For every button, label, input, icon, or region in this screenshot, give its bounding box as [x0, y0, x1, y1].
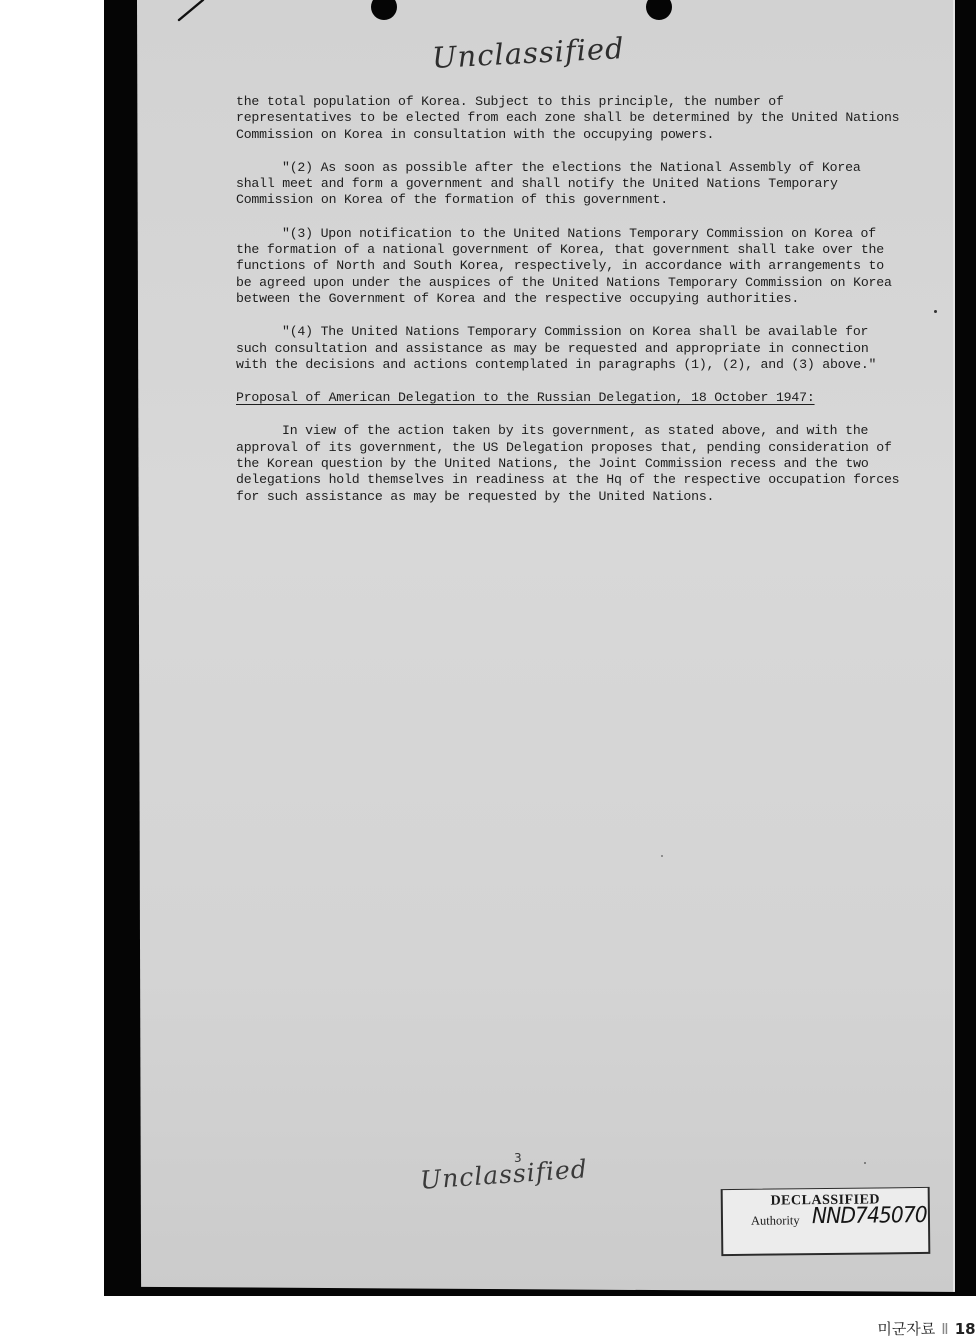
publication-footer: 미군자료Ⅱ189	[877, 1318, 976, 1336]
speck	[934, 310, 937, 313]
section-heading: Proposal of American Delegation to the R…	[236, 390, 906, 406]
paragraph-continuation: the total population of Korea. Subject t…	[236, 94, 906, 143]
check-mark-icon	[175, 0, 215, 24]
footer-series: 미군자료	[877, 1320, 935, 1336]
declassified-stamp: DECLASSIFIED Authority NND745070	[721, 1187, 931, 1256]
footer-page-number: 189	[955, 1320, 976, 1336]
paragraph-item-3: "(3) Upon notification to the United Nat…	[236, 226, 906, 307]
proposal-paragraph: In view of the action taken by its gover…	[236, 423, 906, 504]
speck	[864, 1162, 866, 1164]
stamp-authority-number: NND745070	[812, 1203, 927, 1229]
stamp-authority-label: Authority	[751, 1213, 800, 1229]
footer-volume: Ⅱ	[941, 1320, 948, 1336]
speck	[661, 855, 663, 857]
document-body: the total population of Korea. Subject t…	[236, 94, 906, 522]
paragraph-item-2: "(2) As soon as possible after the elect…	[236, 160, 906, 209]
paragraph-item-4: "(4) The United Nations Temporary Commis…	[236, 324, 906, 373]
